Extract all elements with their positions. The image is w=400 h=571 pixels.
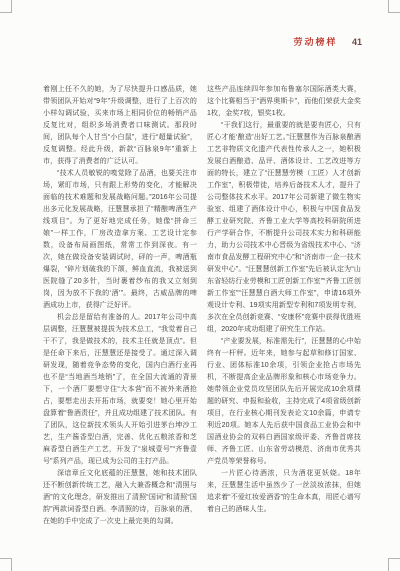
paragraph: 深谙章丘文化底蕴的汪慧慧，她和技术团队还不断创新传统工艺，融入大兼香概念和“清照… xyxy=(43,468,197,528)
paragraph: “技术人员敏锐的嗅觉除了品酒，也要关注市场，紧盯市场，只有跟上形势的变化，才能解… xyxy=(43,168,197,312)
section-label: 劳动榜样 xyxy=(293,37,337,47)
paragraph-continuation: 着刚上任不久的她，为了尽快提升口感品质，她带领团队开始对“9年”升级调整，进行了… xyxy=(43,84,197,168)
magazine-page-scan: { "header": { "section_label": "劳动榜样", "… xyxy=(0,0,400,571)
paragraph: “干我们这行，最重要的就是要有匠心，只有匠心才能‘酿造’出好工艺。”汪慧慧作为百… xyxy=(207,120,361,336)
paragraph-continuation: 这些产品连续四年参加布鲁塞尔国际酒类大赛，这个比赛相当于“酒界奥斯卡”，而他们荣… xyxy=(207,84,361,120)
article-column-right: 这些产品连续四年参加布鲁塞尔国际酒类大赛，这个比赛相当于“酒界奥斯卡”，而他们荣… xyxy=(207,84,361,516)
paragraph: “产业要发展，标准需先行”，汪慧慧的心中始终有一杆秤。近年来，她参与起草和修订国… xyxy=(207,336,361,468)
crop-mark-bottom-right xyxy=(388,558,400,571)
page: 劳动榜样 41 着刚上任不久的她，为了尽快提升口感品质，她带领团队开始对“9年”… xyxy=(0,0,400,571)
crop-mark-top-right xyxy=(388,0,400,13)
article-column-left: 着刚上任不久的她，为了尽快提升口感品质，她带领团队开始对“9年”升级调整，进行了… xyxy=(43,84,197,528)
running-head: 劳动榜样 41 xyxy=(0,36,362,48)
crop-mark-bottom-left xyxy=(0,558,12,571)
paragraph: 一片匠心待酒浓，只为酒花更妖娆。18年来，汪慧慧生活中虽然少了一丝淡妆浓抹，但她… xyxy=(207,468,361,516)
crop-mark-top-left xyxy=(0,0,12,13)
page-number: 41 xyxy=(352,37,362,47)
paragraph: 机会总是留给有准备的人。2017年公司中高层调整，汪慧慧被提拔为技术总工，“我觉… xyxy=(43,312,197,468)
